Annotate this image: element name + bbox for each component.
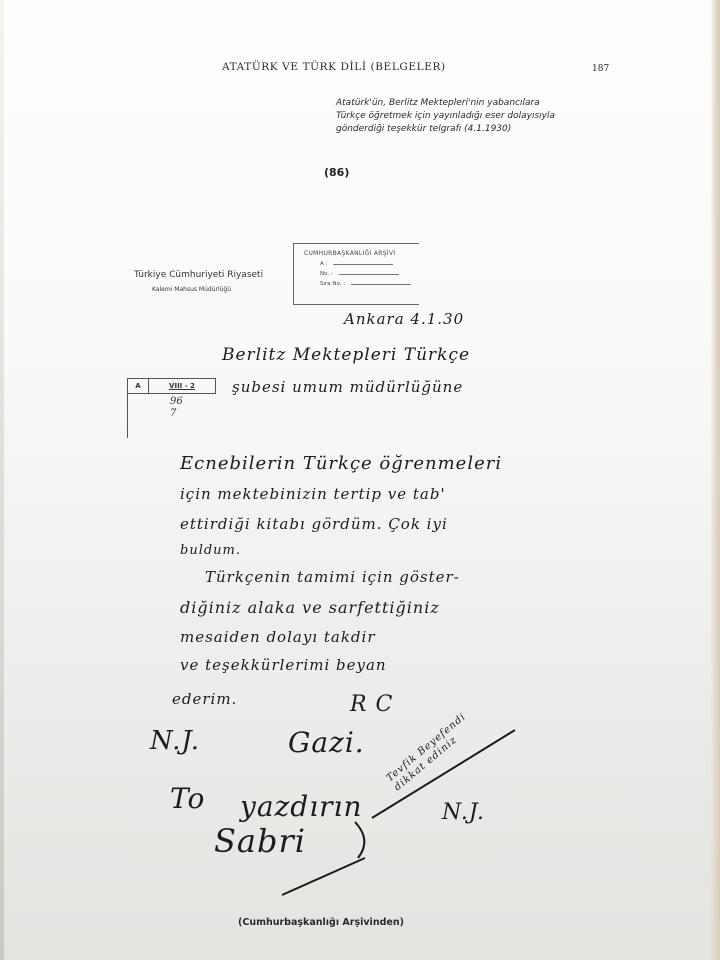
stamp-row: A : — [320, 261, 419, 267]
handwritten-address-line: Berlitz Mektepleri Türkçe — [222, 345, 470, 365]
file-box-col-b: VIII - 2 — [149, 379, 215, 393]
signature-gazi: Gazi. — [288, 726, 365, 759]
handwritten-body-line: Ecnebilerin Türkçe öğrenmeleri — [180, 453, 502, 474]
stamp-row: Sıra No. : — [320, 281, 419, 287]
file-box-header: A VIII - 2 — [128, 378, 216, 394]
file-box-col-a: A — [128, 379, 149, 393]
handwritten-body-line: mesaiden dolayı takdir — [180, 628, 376, 646]
handwritten-body-line: ettirdiği kitabı gördüm. Çok iyi — [180, 515, 448, 533]
handwritten-initials-left: N.J. — [150, 726, 200, 756]
document-number: (86) — [324, 166, 349, 179]
page-right-edge — [710, 0, 720, 960]
handwritten-body-line: diğiniz alaka ve sarfettiğiniz — [180, 598, 440, 617]
handwritten-rc-mark: R C — [350, 692, 393, 717]
archive-stamp: CUMHURBAŞKANLIĞI ARŞİVİ A : No. : Sıra N… — [293, 243, 419, 305]
running-head: ATATÜRK VE TÜRK DİLİ (BELGELER) — [222, 61, 446, 73]
handwritten-initials-right: N.J. — [442, 800, 485, 825]
stamp-row: No. : — [320, 271, 419, 277]
main-signature: Sabri — [214, 822, 306, 860]
file-reference-box: A VIII - 2 96 7 — [127, 378, 216, 438]
letterhead: Türkiye Cümhuriyeti Riyaseti Kalemi Mahs… — [134, 270, 263, 293]
handwritten-margin-note: Tevfik Beyefendi dikkat ediniz — [385, 711, 477, 794]
scanned-book-page: ATATÜRK VE TÜRK DİLİ (BELGELER) 187 Atat… — [0, 0, 720, 960]
letterhead-subtitle: Kalemi Mahsus Müdürlüğü — [152, 286, 263, 293]
caption-line: gönderdiği teşekkür telgrafı (4.1.1930) — [336, 123, 626, 136]
caption-line: Türkçe öğretmek için yayınladığı eser do… — [336, 110, 626, 123]
handwritten-yazdirin: yazdırın — [240, 790, 363, 823]
handwritten-to-mark: To — [170, 782, 205, 815]
handwritten-date: Ankara 4.1.30 — [344, 310, 464, 328]
file-box-values: 96 7 — [170, 396, 183, 420]
document-caption: Atatürk'ün, Berlitz Mektepleri'nin yaban… — [336, 97, 626, 136]
caption-line: Atatürk'ün, Berlitz Mektepleri'nin yaban… — [336, 97, 626, 110]
handwritten-address-line: şubesi umum müdürlüğüne — [232, 378, 463, 396]
handwritten-body-line: ederim. — [172, 690, 237, 708]
handwritten-body-line: buldum. — [180, 543, 241, 558]
handwritten-body-line: ve teşekkürlerimi beyan — [180, 656, 387, 674]
page-left-edge — [0, 0, 4, 960]
handwritten-body-line: Türkçenin tamimi için göster- — [205, 568, 460, 586]
handwritten-body-line: için mektebinizin tertip ve tab' — [180, 485, 446, 503]
letterhead-title: Türkiye Cümhuriyeti Riyaseti — [134, 270, 263, 280]
source-note: (Cumhurbaşkanlığı Arşivinden) — [238, 917, 404, 928]
page-number: 187 — [592, 64, 609, 74]
stamp-title: CUMHURBAŞKANLIĞI ARŞİVİ — [304, 250, 419, 257]
